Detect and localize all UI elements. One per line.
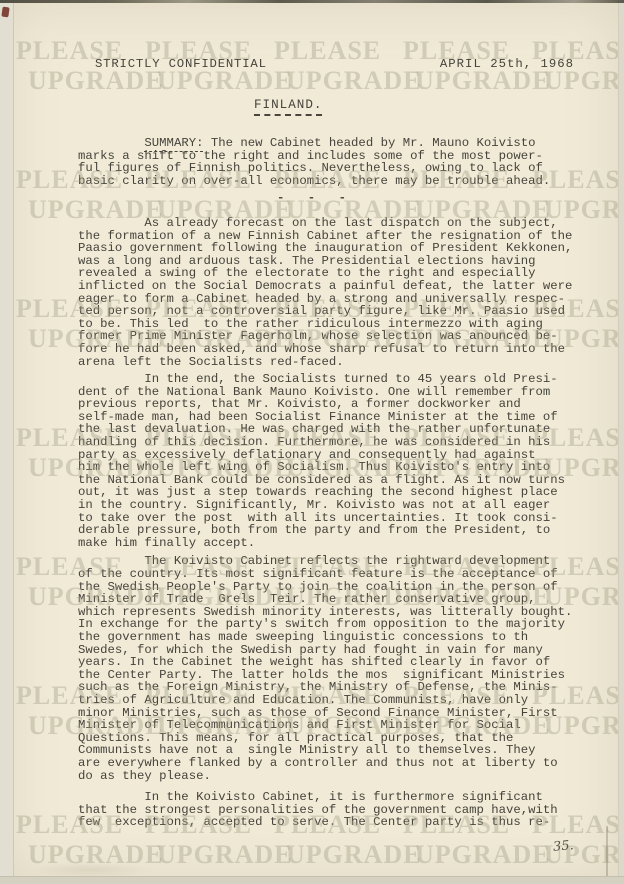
document-page: PLEASEPLEASEPLEASEPLEASEPLEASEUPGRADEUPG… — [0, 0, 624, 884]
body-line: fore he had been asked, and whose sharp … — [78, 343, 578, 356]
scan-edge-left — [0, 0, 14, 884]
document-body: SUMMARY: The new Cabinet headed by Mr. M… — [78, 137, 578, 829]
paragraph: As already forecast on the last dispatch… — [78, 217, 578, 368]
body-line: are everywhere flanked by a controller a… — [78, 757, 578, 770]
red-corner-mark — [1, 7, 9, 18]
watermark-word: UPGRADE — [415, 840, 544, 870]
date-label: APRIL 25th, 1968 — [440, 57, 574, 71]
body-line: him the whole left wing of Socialism. Th… — [78, 461, 578, 474]
body-line: As already forecast on the last dispatch… — [78, 217, 578, 230]
body-line: inflicted on the Social Democrats a pain… — [78, 280, 578, 293]
summary-paragraph: SUMMARY: The new Cabinet headed by Mr. M… — [78, 137, 578, 187]
paragraph: In the Koivisto Cabinet, it is furthermo… — [78, 791, 578, 829]
body-line: Minister of Telecommunications and First… — [78, 719, 578, 732]
body-line: ful figures of Finnish politics. Neverth… — [78, 162, 578, 175]
page-title: FINLAND. — [254, 98, 322, 116]
paragraph-list: As already forecast on the last dispatch… — [78, 217, 578, 829]
body-line: the government has made sweeping linguis… — [78, 631, 578, 644]
body-line: do as they please. — [78, 770, 578, 783]
body-line: Paasio government following the inaugura… — [78, 242, 578, 255]
body-line: basic clarity on over-all economics, the… — [78, 175, 578, 188]
body-line: few exceptions, accepted to serve. The C… — [78, 816, 578, 829]
classification-label: STRICTLY CONFIDENTIAL — [95, 57, 267, 71]
paragraph: In the end, the Socialists turned to 45 … — [78, 373, 578, 549]
summary-text: The new Cabinet headed by Mr. Mauno Koiv… — [203, 136, 535, 150]
body-line: of the country. Its most significant fea… — [78, 568, 578, 581]
paragraph: The Koivisto Cabinet reflects the rightw… — [78, 555, 578, 782]
body-line: SUMMARY: The new Cabinet headed by Mr. M… — [78, 137, 578, 150]
body-line: In the Koivisto Cabinet, it is furthermo… — [78, 791, 578, 804]
watermark-word: UPGRADE — [286, 840, 415, 870]
body-line: previous reports, that Mr. Koivisto, a f… — [78, 398, 578, 411]
body-line: in the country. Significantly, Mr. Koivi… — [78, 499, 578, 512]
body-line: ted person, not a controversial party fi… — [78, 305, 578, 318]
scan-edge-top — [0, 0, 624, 3]
body-line: make him finally accept. — [78, 537, 578, 550]
body-line: derable pressure, both from the party an… — [78, 524, 578, 537]
body-line: arena left the Socialists red-faced. — [78, 356, 578, 369]
body-line: handling of this decision. Furthermore, … — [78, 436, 578, 449]
body-line: years. In the Cabinet the weight has shi… — [78, 656, 578, 669]
section-separator: - - - — [62, 192, 562, 205]
body-line: In the end, the Socialists turned to 45 … — [78, 373, 578, 386]
body-line: Minister of Trade Grels Teir. The rather… — [78, 593, 578, 606]
watermark-word: UPGRADE — [157, 840, 286, 870]
handwritten-page-number: 35. — [552, 838, 574, 855]
body-line: tries of Agriculture and Education. The … — [78, 694, 578, 707]
indent — [78, 136, 144, 150]
document-header: STRICTLY CONFIDENTIAL APRIL 25th, 1968 — [95, 57, 574, 71]
scan-edge-right — [618, 0, 624, 884]
scan-edge-bottom — [0, 876, 624, 884]
